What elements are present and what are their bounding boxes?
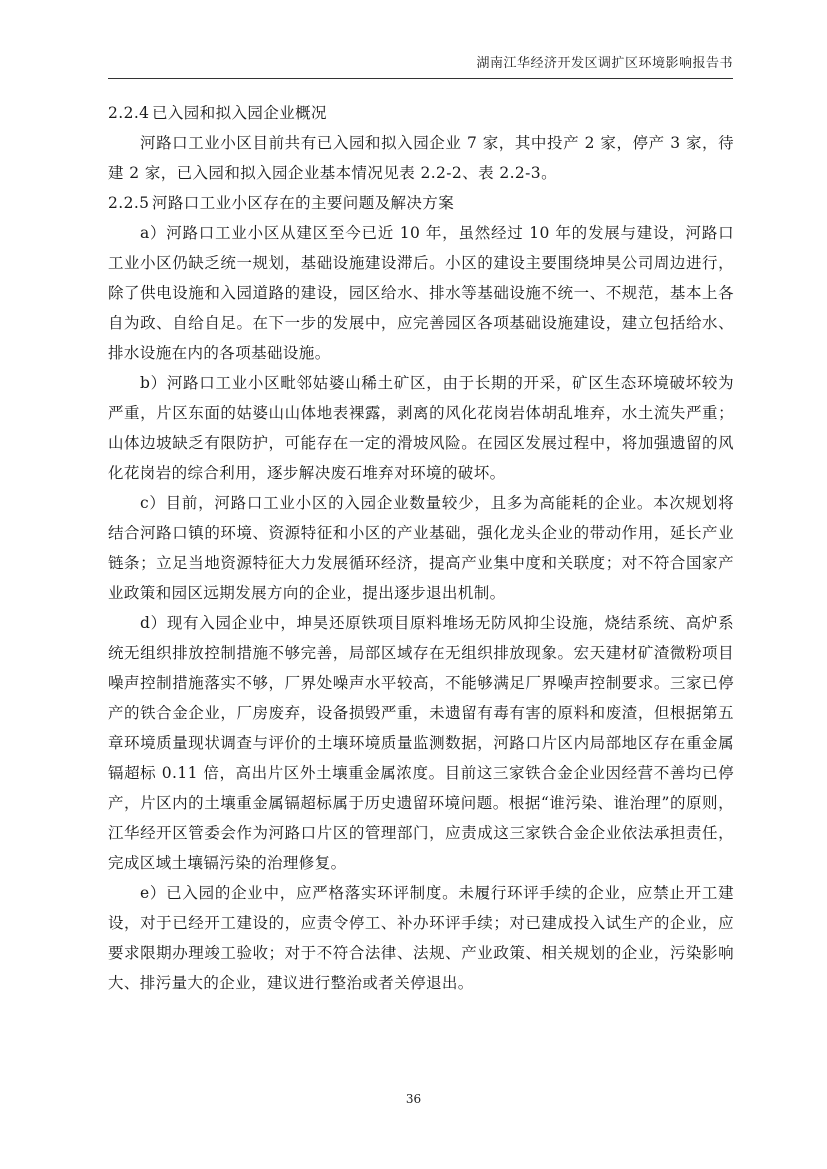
section-title: 河路口工业小区存在的主要问题及解决方案 <box>152 194 454 212</box>
document-title: 湖南江华经济开发区调扩区环境影响报告书 <box>476 56 733 71</box>
section-number: 2.2.5 <box>108 188 152 218</box>
section-heading-2-2-4: 2.2.4已入园和拟入园企业概况 <box>108 98 734 128</box>
page-body: 2.2.4已入园和拟入园企业概况 河路口工业小区目前共有已入园和拟入园企业 7 … <box>108 98 734 998</box>
section-title: 已入园和拟入园企业概况 <box>152 104 327 122</box>
section-number: 2.2.4 <box>108 98 152 128</box>
paragraph: 河路口工业小区目前共有已入园和拟入园企业 7 家，其中投产 2 家，停产 3 家… <box>108 128 734 188</box>
section-heading-2-2-5: 2.2.5河路口工业小区存在的主要问题及解决方案 <box>108 188 734 218</box>
paragraph-b: b）河路口工业小区毗邻姑婆山稀土矿区，由于长期的开采，矿区生态环境破坏较为严重，… <box>108 368 734 488</box>
page-header: 湖南江华经济开发区调扩区环境影响报告书 <box>108 52 733 79</box>
page-number: 36 <box>0 1092 827 1106</box>
paragraph-a: a）河路口工业小区从建区至今已近 10 年，虽然经过 10 年的发展与建设，河路… <box>108 218 734 368</box>
paragraph-e: e）已入园的企业中，应严格落实环评制度。未履行环评手续的企业，应禁止开工建设，对… <box>108 878 734 998</box>
paragraph-c: c）目前，河路口工业小区的入园企业数量较少，且多为高能耗的企业。本次规划将结合河… <box>108 488 734 608</box>
paragraph-d: d）现有入园企业中，坤昊还原铁项目原料堆场无防风抑尘设施，烧结系统、高炉系统无组… <box>108 608 734 878</box>
